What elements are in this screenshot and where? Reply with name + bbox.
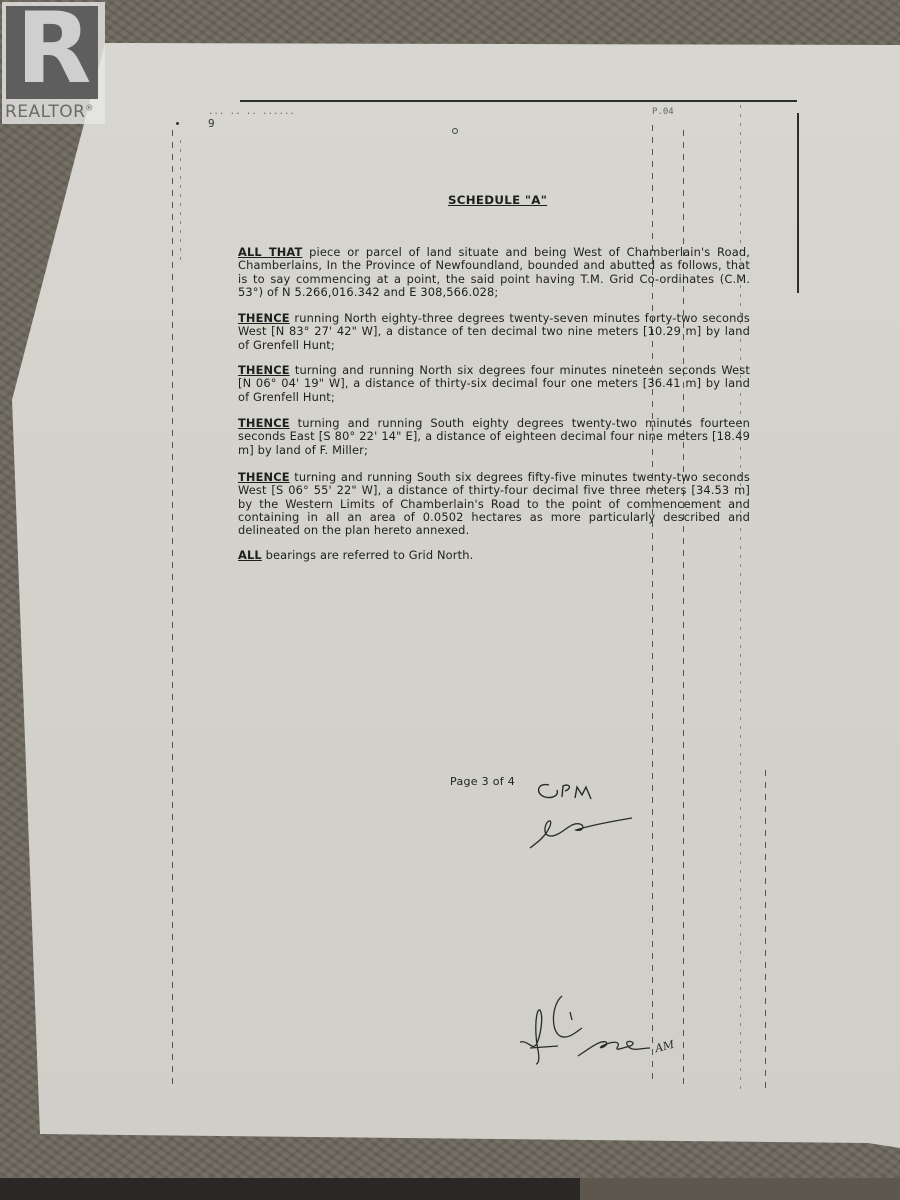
realtor-logo-icon: R (6, 6, 98, 99)
header-rule (240, 100, 797, 102)
right-margin-line (797, 113, 799, 293)
fax-header-right: P.04 (652, 107, 674, 117)
paragraph-bearings-note: ALL bearings are referred to Grid North. (238, 549, 750, 562)
realtor-wordmark: REALTOR® (5, 102, 94, 122)
fax-artifact-line (765, 770, 766, 1090)
paragraph-body: piece or parcel of land situate and bein… (238, 245, 750, 299)
paragraph-lead: THENCE (238, 470, 290, 484)
paragraph-course-2: THENCE turning and running North six deg… (238, 364, 750, 404)
paragraph-body: turning and running South six degrees fi… (238, 470, 750, 537)
page-mark: 9 (208, 117, 215, 130)
realtor-watermark: R REALTOR® (2, 2, 105, 124)
signature-bottom (510, 990, 710, 1070)
paragraph-body: turning and running South eighty degrees… (238, 416, 750, 457)
paragraph-lead: ALL (238, 548, 262, 562)
realtor-logo-letter: R (16, 0, 91, 98)
paragraph-course-1: THENCE running North eighty-three degree… (238, 312, 750, 352)
paragraph-course-4: THENCE turning and running South six deg… (238, 471, 750, 537)
page-number: Page 3 of 4 (450, 775, 515, 788)
document-page: ... .. .. ...... P.04 9 SCHEDULE "A" ALL… (0, 0, 900, 1200)
paragraph-lead: ALL THAT (238, 245, 302, 259)
fax-artifact-line (180, 140, 181, 260)
paragraph-body: turning and running North six degrees fo… (238, 363, 750, 404)
schedule-title: SCHEDULE "A" (448, 193, 547, 207)
fax-speck (176, 122, 179, 125)
paragraph-lead: THENCE (238, 311, 290, 325)
signature-mark (528, 812, 638, 852)
paragraph-body: running North eighty-three degrees twent… (238, 311, 750, 352)
paragraph-lead: THENCE (238, 416, 290, 430)
paragraph-commencement: ALL THAT piece or parcel of land situate… (238, 246, 750, 299)
paragraph-course-3: THENCE turning and running South eighty … (238, 417, 750, 457)
handwritten-initials-gpm (535, 780, 605, 810)
paragraph-body: bearings are referred to Grid North. (262, 548, 474, 562)
fax-artifact-line (172, 130, 173, 1090)
fax-header-left: ... .. .. ...... (208, 107, 295, 117)
paragraph-lead: THENCE (238, 363, 290, 377)
fax-speck (452, 128, 458, 134)
